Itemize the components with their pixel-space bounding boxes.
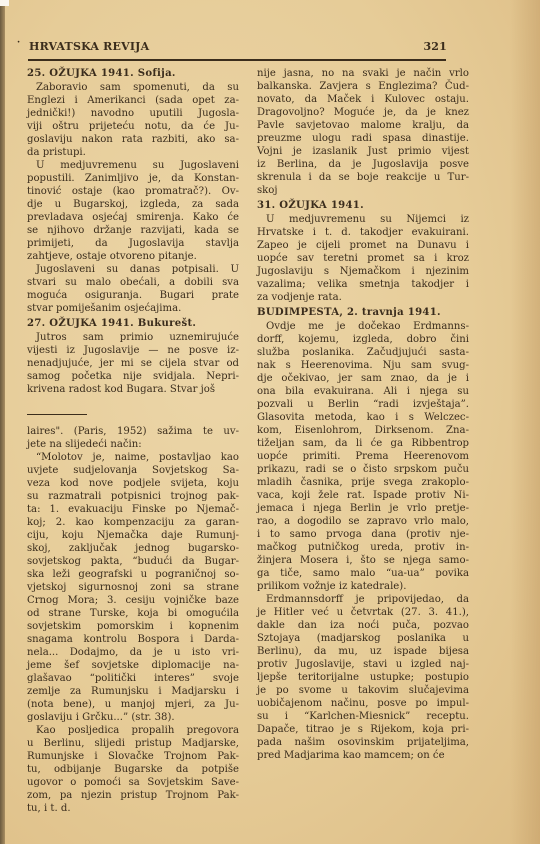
entry-heading: 31. OŽUJKA 1941. (257, 199, 469, 212)
text-line: dakle dan iza noći puča, pozvao (257, 619, 469, 632)
scan-corner (0, 0, 9, 6)
text-line: nak s Heerenovima. Nju sam svug- (257, 359, 469, 372)
text-line: Ovdje me je dočekao Erdmanns- (257, 320, 469, 333)
entry-heading: 25. OŽUJKA 1941. Sofija. (27, 67, 239, 80)
text-line: skrenula i da se boje reakcije u Tur- (257, 171, 469, 184)
text-line: Jutros sam primio uznemirujuće (27, 331, 239, 344)
text-line: vaca, koji žele rat. Ispade protiv Ni- (257, 489, 469, 502)
text-line: ljepše teritorijalne ustupke; postupio (257, 671, 469, 684)
text-line: prilikom vožnje iz katedrale). (257, 580, 469, 593)
page-number: 321 (423, 40, 447, 53)
text-line: pred Madjarima kao mamcem; on će (257, 749, 469, 762)
text-line: nenadjujuće, jer mi se cijela stvar od (27, 357, 239, 370)
header-rule (28, 59, 446, 61)
text-line: stvari su malo obećali, a dobili sva (27, 276, 239, 289)
text-line: ga tiče, samo malo “ua-ua” povika (257, 567, 469, 580)
text-line: Jugoslaviju s Njemačkom i njezinim (257, 265, 469, 278)
text-line: uopće primiti. Prema Heerenovom (257, 450, 469, 463)
text-line: Jugoslaveni su danas potpisali. U (27, 263, 239, 276)
text-line: “Molotov je, naime, postavljao kao (27, 451, 239, 464)
text-line: U medjuvremenu su Nijemci iz (257, 213, 469, 226)
text-line: Englezi i Amerikanci (sada opet za- (27, 94, 239, 107)
text-line: dorff, kojemu, izgleda, dobro čini (257, 333, 469, 346)
text-line: goslaviju nakon rata razbiti, ako sa- (27, 133, 239, 146)
text-line: mladih časnika, prije svega zrakoplo- (257, 476, 469, 489)
text-line: Dragovoljno? Moguće je, da je knez (257, 106, 469, 119)
text-line: Rumunjske i Slovačke Trojnom Pak- (27, 750, 239, 763)
text-line: laires". (Paris, 1952) sažima te uv- (27, 425, 239, 438)
text-line: primijeti, da Jugoslavija stavlja (27, 237, 239, 250)
text-line: Glasovita metoda, kao i s Welczec- (257, 411, 469, 424)
text-line: tu, i t. d. (27, 802, 239, 815)
text-line: viji oštru prijeteću notu, da će Ju- (27, 120, 239, 133)
text-line: Sztojaya (madjarskog poslanika u (257, 632, 469, 645)
text-line: U medjuvremenu su Jugoslaveni (27, 159, 239, 172)
page-shadow (510, 0, 540, 844)
text-line: mačkog putničkog ureda, protiv in- (257, 541, 469, 554)
text-line: jete na slijedeći način: (27, 438, 239, 451)
text-line: Crnog Mora; 3. cesiju vojničke baze (27, 594, 239, 607)
text-line: popustili. Zanimljivo je, da Konstan- (27, 172, 239, 185)
text-line: Zapeo je cijeli promet na Dunavu i (257, 239, 469, 252)
text-line: i to samo prvoga dana (protiv nje- (257, 528, 469, 541)
entry-heading: BUDIMPESTA, 2. travnja 1941. (257, 306, 469, 319)
text-line: žinjera Mosera i, što se njega samo- (257, 554, 469, 567)
text-line: zom, pa njezin pristup Trojnom Pak- (27, 789, 239, 802)
text-line: tinović ostaje (kao promatrač?). Ov- (27, 185, 239, 198)
text-line: Vojni je izaslanik Just primio vijest (257, 145, 469, 158)
text-line: (nota bene), u manjoj mjeri, za Ju- (27, 698, 239, 711)
text-line: uopće sav teretni promet sa i kroz (257, 252, 469, 265)
text-line: vazalima; velika smetnja takodjer i (257, 278, 469, 291)
text-line: skoj (257, 184, 469, 197)
text-line: jeme šef sovjetske diplomacije na- (27, 659, 239, 672)
text-line: sovjetskog pakta, “budući da Bugar- (27, 555, 239, 568)
text-line: sovjetskim pomorskim i kopnenim (27, 620, 239, 633)
text-line: dje očekivao, jer sam znao, da je i (257, 372, 469, 385)
text-line: dje u Bugarskoj, izgleda, za sada (27, 198, 239, 211)
text-line: Zaboravio sam spomenuti, da su (27, 81, 239, 94)
text-line: Erdmannsdorff je pripovijedao, da (257, 593, 469, 606)
text-line: je po svome u takovim slučajevima (257, 684, 469, 697)
text-line: tiželjan sam, da li će ga Ribbentrop (257, 437, 469, 450)
text-line: Dapače, titrao je s Rijekom, koja pri- (257, 723, 469, 736)
text-line: novato, da Maček i Kulovec ostaju. (257, 93, 469, 106)
text-line: prevladava osjećaj smirenja. Kako će (27, 211, 239, 224)
text-line: kom, Eisenlohrom, Dirksenom. Zna- (257, 424, 469, 437)
entry-heading: 27. OŽUJKA 1941. Bukurešt. (27, 317, 239, 330)
text-line: jednički!) navodno uputili Jugosla- (27, 107, 239, 120)
text-line: za vodjenje rata. (257, 291, 469, 304)
text-line: jemaca i njega Berlin je vrlo pretje- (257, 502, 469, 515)
text-line: da pristupi. (27, 146, 239, 159)
right-column: nije jasna, no na svaki je način vrlobal… (257, 67, 469, 762)
text-line: vijesti iz Jugoslavije — ne posve iz- (27, 344, 239, 357)
text-line: veza kod nove podjele svijeta, koju (27, 477, 239, 490)
text-line: prikazu, radi se o čisto srpskom puču (257, 463, 469, 476)
text-line: Kao posljedica propalih pregovora (27, 724, 239, 737)
page-binding-edge (0, 0, 5, 844)
text-line: su razmatrali potpisnici trojnog pak- (27, 490, 239, 503)
left-column: 25. OŽUJKA 1941. Sofija.Zaboravio sam sp… (27, 67, 239, 815)
text-line: stvar pomiješanim osjećajima. (27, 302, 239, 315)
text-line: vjetskoj sigurnosnoj zoni sa strane (27, 581, 239, 594)
publication-title: HRVATSKA REVIJA (29, 40, 149, 53)
text-line: moguća osiguranja. Bugari prate (27, 289, 239, 302)
text-line: krivena radost kod Bugara. Stvar još (27, 383, 239, 396)
text-line: koj; 2. kao kompenzaciju za garan- (27, 516, 239, 529)
text-line: glašavao “politički interes” svoje (27, 672, 239, 685)
text-line: rao, a dogodilo se zapravo vrlo malo, (257, 515, 469, 528)
text-line: pozvali u Berlin “radi izvještaja”. (257, 398, 469, 411)
text-line: je Hitler već u četvrtak (27. 3. 41.), (257, 606, 469, 619)
text-line: nije jasna, no na svaki je način vrlo (257, 67, 469, 80)
text-line: iz Berlina, da je Jugoslavija posve (257, 158, 469, 171)
text-line: od strane Turske, koja bi omogućila (27, 607, 239, 620)
text-line: pada našim osovinskim prijateljima, (257, 736, 469, 749)
text-line: Berlinu), da mu, uz ispade bijesa (257, 645, 469, 658)
text-line: Pavle savjetovao malome kralju, da (257, 119, 469, 132)
text-line: u Berlinu, slijedi pristup Madjarske, (27, 737, 239, 750)
text-line: ona bila evakuirana. Ali i njega su (257, 385, 469, 398)
running-header: · HRVATSKA REVIJA 321 (25, 38, 447, 56)
footnote-rule (27, 414, 87, 415)
text-line: uobičajenom načinu, posve po impul- (257, 697, 469, 710)
header-bullet: · (17, 38, 20, 48)
text-line: zahtjeve, ostaje otvoreno pitanje. (27, 250, 239, 263)
text-line: protiv Jugoslavije, stavi u izgled naj- (257, 658, 469, 671)
text-line: uvjete sudjelovanja Sovjetskog Sa- (27, 464, 239, 477)
text-line: skoj, zaključak jednog bugarsko- (27, 542, 239, 555)
text-line: su i “Karlchen-Miesnick” receptu. (257, 710, 469, 723)
text-line: preuzme ulogu radi spasa dinastije. (257, 132, 469, 145)
text-line: tu, odbijanje Bugarske da potpiše (27, 763, 239, 776)
text-line: zemlje za Rumunjsku i Madjarsku i (27, 685, 239, 698)
text-line: samog početka nije svidjala. Nepri- (27, 370, 239, 383)
text-line: služba poslanika. Začudjujući sasta- (257, 346, 469, 359)
text-line: ugovor o pomoći sa Sovjetskim Save- (27, 776, 239, 789)
text-line: balkanska. Zavjera s Englezima? Čud- (257, 80, 469, 93)
text-line: nela... Dodajmo, da je u isto vri- (27, 646, 239, 659)
text-line: ta: 1. evakuaciju Finske po Njemač- (27, 503, 239, 516)
text-line: ska leži geografski u pograničnoj so- (27, 568, 239, 581)
text-line: snagama kontrolu Bospora i Darda- (27, 633, 239, 646)
text-line: se njihovo držanje razvijati, kada se (27, 224, 239, 237)
text-line: Hrvatske i t. d. takodjer evakuirani. (257, 226, 469, 239)
text-line: goslaviju i Grčku...” (str. 38). (27, 711, 239, 724)
text-line: ciju, koju Njemačka daje Rumunj- (27, 529, 239, 542)
